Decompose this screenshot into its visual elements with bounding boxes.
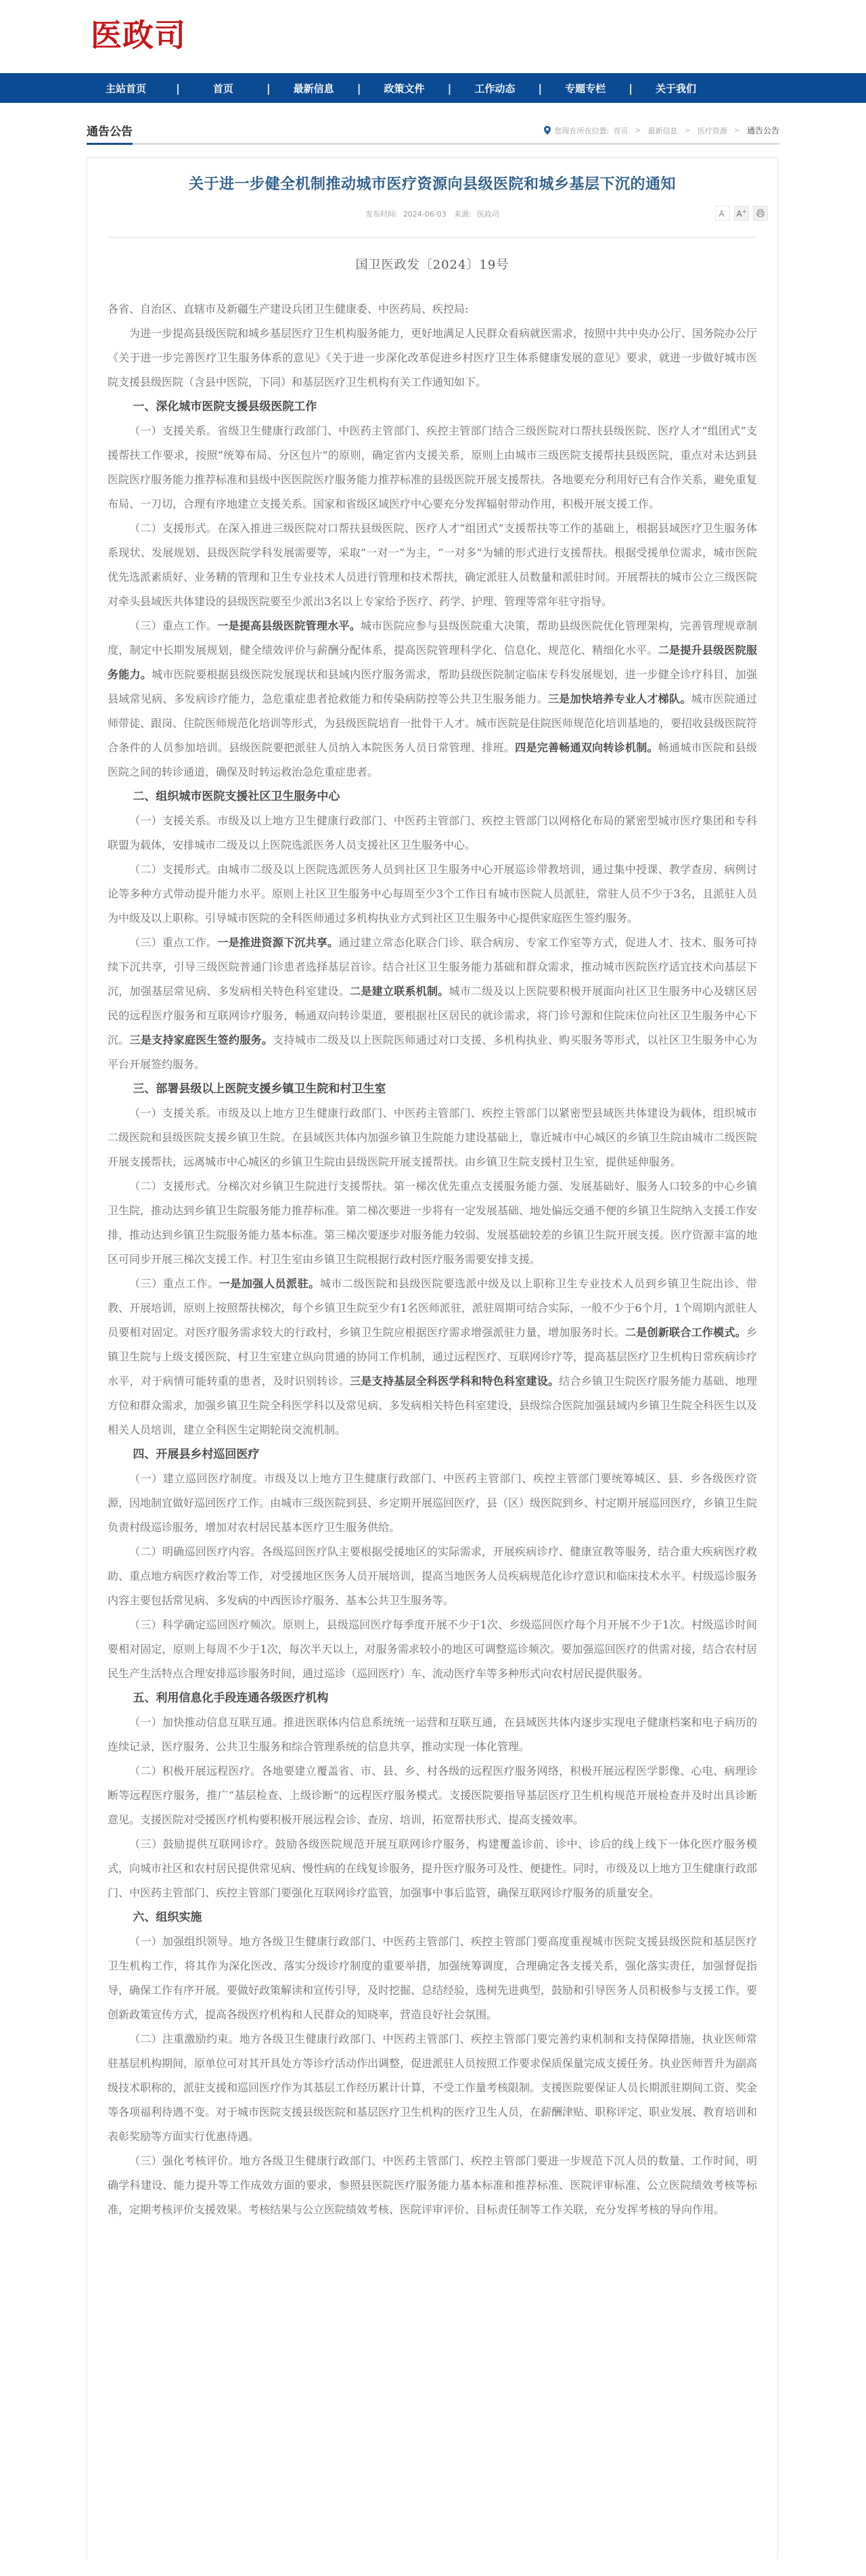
- main-nav-list: 主站首页|首页|最新信息|政策文件|工作动态|专题专栏|关于我们: [101, 73, 792, 103]
- section-bar: 通告公告 您现在所在位置: 首页>最新信息>医疗资源>通告公告: [87, 118, 779, 145]
- section-paragraph: （一）加快推动信息互联互通。推进医联体内信息系统统一运营和互联互通，在县域医共体…: [108, 1710, 757, 1759]
- breadcrumb-item-2[interactable]: 医疗资源: [698, 125, 727, 136]
- font-increase-icon: A+: [737, 208, 747, 219]
- font-increase-button[interactable]: A+: [734, 206, 749, 221]
- section-heading: 二、组织城市医院支援社区卫生服务中心: [108, 784, 757, 809]
- paragraph-text: （一）加强组织领导。: [129, 1935, 240, 1948]
- paragraph-text: 分梯次对乡镇卫生院进行支援帮扶。第一梯次优先重点支援服务能力强、发展基础好、服务…: [108, 1180, 757, 1266]
- section-paragraph: （二）支援形式。在深入推进三级医院对口帮扶县级医院、医疗人才“组团式”支援帮扶等…: [108, 516, 757, 614]
- paragraph-text: （一）加快推动信息互联互通。: [129, 1716, 283, 1729]
- paragraph-text: （二）支援形式。: [129, 863, 217, 876]
- key-point-text: 三是支持家庭医生签约服务。: [130, 1034, 273, 1046]
- breadcrumb-prefix: 您现在所在位置:: [555, 125, 610, 136]
- section-paragraph: （二）支援形式。由城市二级及以上医院选派医务人员到社区卫生服务中心开展巡诊带教培…: [108, 858, 757, 931]
- key-point-text: 一是加强人员派驻。: [219, 1277, 320, 1290]
- section-paragraph: （一）建立巡回医疗制度。市级及以上地方卫生健康行政部门、中医药主管部门、疾控主管…: [108, 1467, 757, 1540]
- nav-item-4[interactable]: 工作动态: [451, 81, 538, 95]
- article-body: 各省、自治区、直辖市及新疆生产建设兵团卫生健康委、中医药局、疾控局: 为进一步提…: [108, 297, 757, 2222]
- key-point-text: 二是创新联合工作模式。: [625, 1326, 746, 1339]
- section-paragraph: （三）鼓励提供互联网诊疗。鼓励各级医院规范开展互联网诊疗服务，构建覆盖诊前、诊中…: [108, 1832, 757, 1905]
- breadcrumb-separator: >: [685, 126, 691, 135]
- paragraph-text: （一）支援关系。: [129, 424, 217, 437]
- section-heading: 三、部署县级以上医院支援乡镇卫生院和村卫生室: [108, 1077, 757, 1101]
- section-paragraph: （二）支援形式。分梯次对乡镇卫生院进行支援帮扶。第一梯次优先重点支援服务能力强、…: [108, 1174, 757, 1272]
- article-meta-row: 发布时间:2024-06-03 来源:医政司 A- A+: [108, 194, 757, 230]
- section-paragraph: （三）重点工作。一是提高县级医院管理水平。城市医院应参与县级医院重大决策，帮助县…: [108, 614, 757, 784]
- salutation: 各省、自治区、直辖市及新疆生产建设兵团卫生健康委、中医药局、疾控局:: [108, 297, 757, 321]
- section-paragraph: （二）明确巡回医疗内容。各级巡回医疗队主要根据受援地区的实际需求，开展疾病诊疗、…: [108, 1540, 757, 1613]
- paragraph-text: （三）鼓励提供互联网诊疗。: [129, 1838, 275, 1850]
- paragraph-text: （三）重点工作。: [129, 1277, 219, 1290]
- section-paragraph: （三）重点工作。一是推进资源下沉共享。通过建立常态化联合门诊、联合病房、专家工作…: [108, 931, 757, 1077]
- paragraph-text: （二）支援形式。: [129, 522, 217, 535]
- key-point-text: 四是完善畅通双向转诊机制。: [515, 741, 658, 754]
- paragraph-text: （三）重点工作。: [129, 619, 217, 632]
- paragraph-text: （三）重点工作。: [129, 936, 217, 949]
- section-paragraph: （三）强化考核评价。地方各级卫生健康行政部门、中医药主管部门、疾控主管部门要进一…: [108, 2149, 757, 2222]
- source-value: 医政司: [477, 210, 499, 219]
- section-paragraph: （一）加强组织领导。地方各级卫生健康行政部门、中医药主管部门、疾控主管部门要高度…: [108, 1930, 757, 2027]
- intro-paragraph: 为进一步提高县级医院和城乡基层医疗卫生机构服务能力，更好地满足人民群众看病就医需…: [108, 321, 757, 395]
- paragraph-text: （一）支援关系。: [129, 1107, 217, 1119]
- section-title: 通告公告: [87, 122, 133, 145]
- paragraph-text: （一）建立巡回医疗制度。: [129, 1472, 264, 1485]
- paragraph-text: 地方各级卫生健康行政部门、中医药主管部门、疾控主管部门要完善约束机制和支持保障措…: [108, 2033, 757, 2143]
- nav-item-1[interactable]: 首页: [180, 81, 267, 95]
- section-paragraph: （三）科学确定巡回医疗频次。原则上，县级巡回医疗每季度开展不少于1次、乡级巡回医…: [108, 1613, 757, 1686]
- article-title: 关于进一步健全机制推动城市医疗资源向县级医院和城乡基层下沉的通知: [108, 158, 757, 194]
- nav-item-6[interactable]: 关于我们: [633, 81, 719, 95]
- paragraph-text: （三）强化考核评价。: [129, 2154, 240, 2167]
- section-heading: 一、深化城市医院支援县级医院工作: [108, 395, 757, 419]
- nav-item-3[interactable]: 政策文件: [361, 81, 448, 95]
- section-heading: 五、利用信息化手段连通各级医疗机构: [108, 1686, 757, 1710]
- breadcrumb-separator: >: [635, 126, 641, 135]
- breadcrumb-separator: >: [734, 126, 740, 135]
- location-pin-icon: [544, 126, 551, 135]
- paragraph-text: 在深入推进三级医院对口帮扶县级医院、医疗人才“组团式”支援帮扶等工作的基础上，根…: [108, 522, 757, 608]
- section-paragraph: （一）支援关系。市级及以上地方卫生健康行政部门、中医药主管部门、疾控主管部门以网…: [108, 809, 757, 858]
- paragraph-text: （二）积极开展远程医疗。: [129, 1764, 261, 1777]
- paragraph-text: 地方各级卫生健康行政部门、中医药主管部门、疾控主管部门要高度重视城市医院支援县级…: [108, 1935, 757, 2021]
- site-logo[interactable]: 医政司: [91, 11, 186, 55]
- font-decrease-icon: A-: [719, 208, 726, 219]
- nav-item-2[interactable]: 最新信息: [271, 81, 357, 95]
- title-divider: [108, 237, 757, 238]
- paragraph-text: 省级卫生健康行政部门、中医药主管部门、疾控主管部门结合三级医院对口帮扶县级医院、…: [108, 424, 757, 510]
- paragraph-text: （三）科学确定巡回医疗频次。: [129, 1618, 283, 1631]
- section-heading: 六、组织实施: [108, 1905, 757, 1930]
- article-container: 关于进一步健全机制推动城市医疗资源向县级医院和城乡基层下沉的通知 发布时间:20…: [87, 157, 778, 2560]
- publish-date: 2024-06-03: [403, 210, 447, 219]
- article-meta: 发布时间:2024-06-03 来源:医政司: [108, 194, 757, 219]
- breadcrumb-current: 通告公告: [747, 125, 779, 136]
- font-decrease-button[interactable]: A-: [715, 206, 730, 221]
- print-icon: [756, 209, 765, 217]
- breadcrumb-item-1[interactable]: 最新信息: [648, 125, 678, 136]
- key-point-text: 一是提高县级医院管理水平。: [217, 619, 361, 632]
- publish-label: 发布时间:: [365, 210, 398, 219]
- paragraph-text: （二）注重激励约束。: [129, 2033, 240, 2045]
- section-paragraph: （一）支援关系。市级及以上地方卫生健康行政部门、中医药主管部门、疾控主管部门以紧…: [108, 1101, 757, 1174]
- key-point-text: 三是支持基层全科医学科和特色科室建设。: [350, 1375, 559, 1387]
- section-paragraph: （三）重点工作。一是加强人员派驻。城市二级医院和县级医院要选派中级及以上职称卫生…: [108, 1272, 757, 1442]
- breadcrumb-item-0[interactable]: 首页: [613, 125, 628, 136]
- section-paragraph: （二）积极开展远程医疗。各地要建立覆盖省、市、县、乡、村各级的远程医疗服务网络，…: [108, 1759, 757, 1832]
- nav-item-5[interactable]: 专题专栏: [542, 81, 629, 95]
- site-header: 医政司: [0, 0, 866, 73]
- key-point-text: 二是建立联系机制。: [350, 985, 449, 998]
- section-paragraph: （二）注重激励约束。地方各级卫生健康行政部门、中医药主管部门、疾控主管部门要完善…: [108, 2027, 757, 2149]
- main-nav: 主站首页|首页|最新信息|政策文件|工作动态|专题专栏|关于我们: [0, 73, 866, 103]
- document-number: 国卫医政发〔2024〕19号: [108, 255, 757, 273]
- section-paragraph: （一）支援关系。省级卫生健康行政部门、中医药主管部门、疾控主管部门结合三级医院对…: [108, 419, 757, 516]
- key-point-text: 三是加快培养专业人才梯队。: [548, 692, 691, 705]
- key-point-text: 一是推进资源下沉共享。: [217, 936, 338, 949]
- paragraph-text: （一）支援关系。: [129, 814, 217, 827]
- section-heading: 四、开展县乡村巡回医疗: [108, 1442, 757, 1467]
- source-label: 来源:: [454, 210, 472, 219]
- paragraph-text: （二）明确巡回医疗内容。: [129, 1545, 261, 1558]
- print-button[interactable]: [753, 206, 768, 221]
- breadcrumb: 您现在所在位置: 首页>最新信息>医疗资源>通告公告: [544, 125, 779, 136]
- nav-item-0[interactable]: 主站首页: [101, 81, 176, 95]
- article-tools: A- A+: [715, 206, 768, 221]
- paragraph-text: （二）支援形式。: [129, 1180, 217, 1193]
